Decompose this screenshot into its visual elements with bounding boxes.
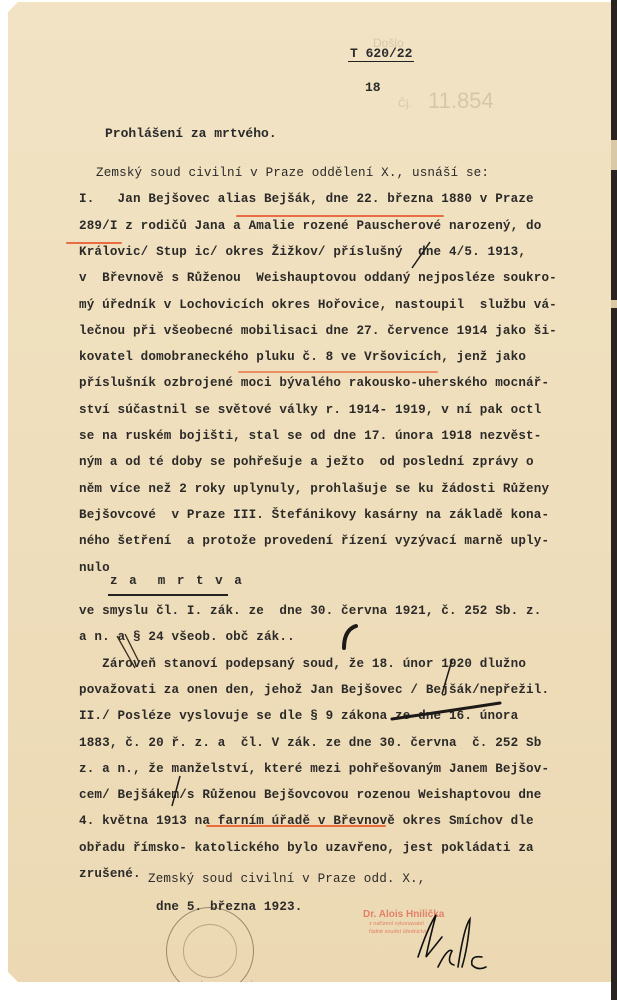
page-number: 18 bbox=[365, 80, 381, 95]
round-court-seal-icon: ZEMSKÝ SOUD CIVILNÍ bbox=[166, 907, 254, 995]
pen-curve-mark bbox=[338, 622, 368, 652]
handwritten-signature bbox=[408, 907, 488, 977]
seal-text: ZEMSKÝ SOUD CIVILNÍ bbox=[175, 982, 252, 989]
faint-label-stamp: Čj. bbox=[398, 98, 411, 110]
verdict-heading-underline bbox=[108, 594, 228, 596]
pen-slash-mark bbox=[168, 774, 184, 808]
pen-slash-mark bbox=[113, 632, 143, 672]
pen-strike-mark bbox=[388, 697, 508, 727]
verdict-line: 1883, č. 20 ř. z. a čl. V zák. ze dne 30… bbox=[79, 736, 541, 750]
body-line: ství súčastnil se světové války r. 1914-… bbox=[79, 403, 541, 417]
body-line: v Břevnově s Růženou Weishauptovou oddan… bbox=[79, 271, 557, 285]
body-line: nulo bbox=[79, 561, 110, 575]
faint-stamp-label: Čj. bbox=[398, 98, 411, 110]
verdict-line: cem/ Bejšákem/s Růženou Bejšovcovou roze… bbox=[79, 788, 541, 802]
body-line: ného šetření a protože provedení řízení … bbox=[79, 534, 549, 548]
scan-edge bbox=[611, 0, 617, 1000]
pen-slash-mark bbox=[408, 240, 438, 270]
body-line: I. Jan Bejšovec alias Bejšák, dne 22. bř… bbox=[79, 192, 534, 206]
verdict-line: Zároveň stanoví podepsaný soud, že 18. ú… bbox=[79, 657, 526, 671]
document-title: Prohlášení za mrtvého. bbox=[105, 126, 277, 141]
body-line: se na ruském bojišti, stal se od dne 17.… bbox=[79, 429, 541, 443]
faint-number-stamp: 11.854 bbox=[428, 88, 494, 114]
red-underline bbox=[238, 371, 438, 373]
red-underline bbox=[236, 215, 444, 217]
seal-inner-ring bbox=[183, 924, 237, 978]
closing-court: Zemský soud civilní v Praze odd. X., bbox=[148, 872, 425, 886]
faint-stamp-number: 11.854 bbox=[428, 88, 494, 113]
body-line: příslušník ozbrojené moci bývalého rakou… bbox=[79, 376, 549, 390]
verdict-line: obřadu římsko- katolického bylo uzavřeno… bbox=[79, 841, 534, 855]
pen-slash-mark bbox=[438, 658, 458, 698]
verdict-line: považovati za onen den, jehož Jan Bejšov… bbox=[79, 683, 549, 697]
reference-number: T 620/22 bbox=[348, 46, 414, 62]
red-underline bbox=[66, 242, 122, 244]
body-line: ným a od té doby se pohřešuje a ježto od… bbox=[79, 455, 534, 469]
verdict-line: ve smyslu čl. I. zák. ze dne 30. června … bbox=[79, 604, 541, 618]
body-line: lečnou při všeobecné mobilisaci dne 27. … bbox=[79, 324, 557, 338]
verdict-line: a n. a § 24 všeob. obč zák.. bbox=[79, 630, 295, 644]
body-line: něm více než 2 roky uplynuly, prohlašuje… bbox=[79, 482, 549, 496]
verdict-line: zrušené. bbox=[79, 867, 141, 881]
document-page: Došlo 11.854 Čj. T 620/22 18 Prohlášení … bbox=[8, 2, 613, 982]
body-line: Královic/ Stup ic/ okres Žižkov/ přísluš… bbox=[79, 245, 526, 259]
body-line: kovatel domobraneckého pluku č. 8 ve Vrš… bbox=[79, 350, 526, 364]
body-line: Zemský soud civilní v Praze oddělení X.,… bbox=[96, 166, 489, 180]
body-line: Bejšovcové v Praze III. Štefánikovy kasá… bbox=[79, 508, 549, 522]
red-underline bbox=[206, 825, 386, 827]
verdict-line: z. a n., že manželství, které mezi pohře… bbox=[79, 762, 549, 776]
verdict-heading: z a m r t v a bbox=[110, 574, 244, 588]
body-line: 289/I z rodičů Jana a Amalie rozené Paus… bbox=[79, 219, 541, 233]
body-line: mý úředník v Lochovicích okres Hořovice,… bbox=[79, 298, 557, 312]
